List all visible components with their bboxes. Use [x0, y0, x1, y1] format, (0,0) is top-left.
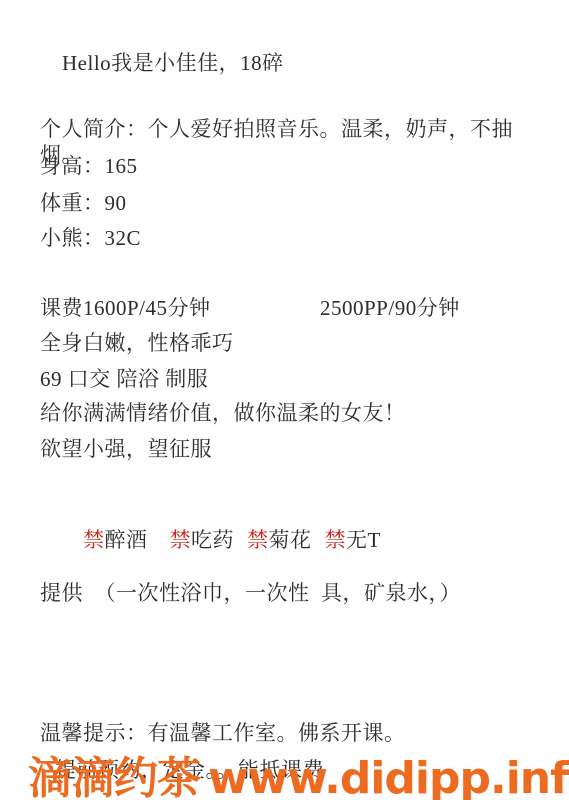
- restriction-label: 醉酒: [105, 528, 148, 552]
- flyer-page: Hello我是小佳佳，18碎 个人简介：个人爱好拍照音乐。温柔，奶声，不抽烟。 …: [0, 0, 569, 800]
- ban-character: 禁: [83, 528, 105, 552]
- description-line-2: 69 口交 陪浴 制服: [40, 366, 208, 392]
- ban-character: 禁: [247, 528, 269, 552]
- restriction-item-drunk: 禁醉酒: [83, 527, 148, 553]
- watermark-chinese-text: 滴滴约茶: [28, 753, 200, 800]
- site-watermark: 滴滴约茶www.didipp.info: [28, 742, 569, 800]
- description-line-1: 全身白嫩，性格乖巧: [40, 330, 234, 356]
- height-line: 身高：165: [40, 153, 138, 179]
- price-90min: 2500PP/90分钟: [320, 295, 460, 321]
- restriction-label: 菊花: [269, 528, 312, 552]
- provide-line: 提供 （一次性浴巾，一次性 具，矿泉水，）: [40, 580, 550, 606]
- ban-character: 禁: [170, 528, 192, 552]
- bust-line: 小熊：32C: [40, 225, 141, 251]
- restriction-item-drugs: 禁吃药: [170, 527, 235, 553]
- restriction-label: 无T: [346, 528, 381, 552]
- price-45min: 课费1600P/45分钟: [40, 295, 211, 321]
- restriction-item-no-protection: 禁无T: [325, 527, 381, 553]
- description-line-3: 给你满满情绪价值，做你温柔的女友！: [40, 400, 550, 426]
- restrictions-line: 禁醉酒禁吃药禁菊花禁无T: [60, 501, 381, 580]
- restriction-label: 吃药: [191, 528, 234, 552]
- restriction-item-anal: 禁菊花: [247, 527, 312, 553]
- watermark-url-text: www.didipp.info: [208, 753, 569, 800]
- greeting-line: Hello我是小佳佳，18碎: [62, 50, 284, 76]
- description-line-4: 欲望小强，望征服: [40, 436, 212, 462]
- ban-character: 禁: [325, 528, 347, 552]
- weight-line: 体重：90: [40, 190, 127, 216]
